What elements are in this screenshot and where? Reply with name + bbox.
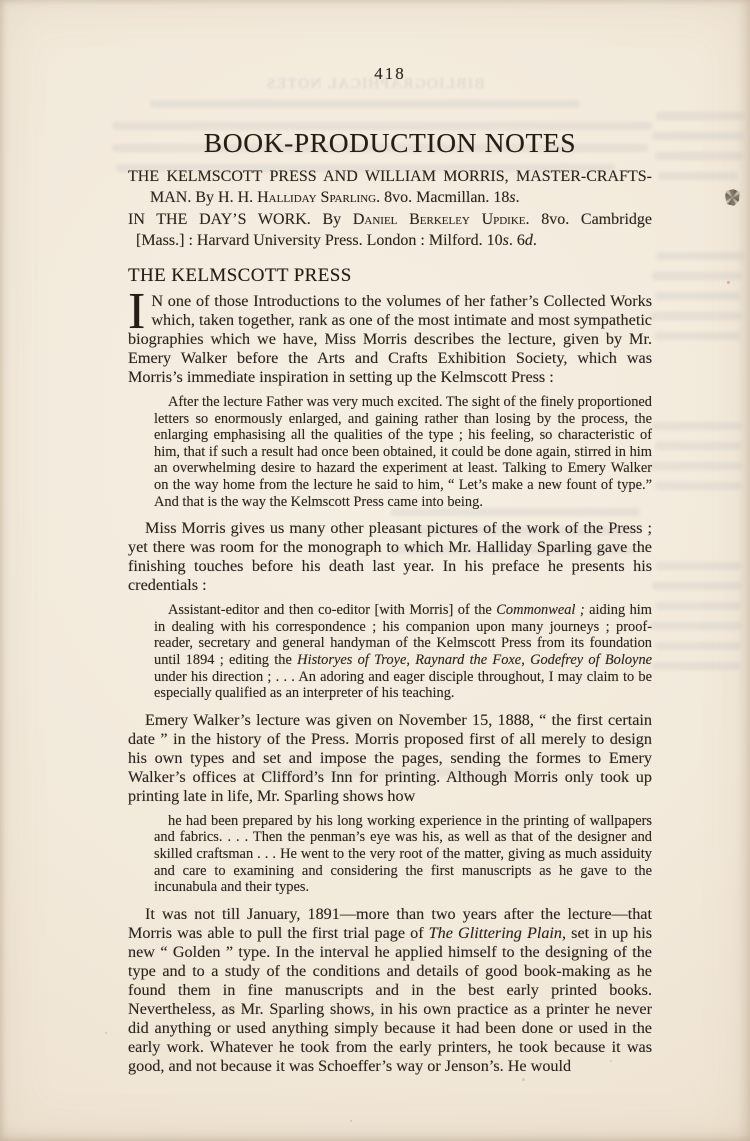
bibliography-entries: THE KELMSCOTT PRESS AND WILLIAM MORRIS, … (128, 167, 652, 251)
text-segment: , (406, 652, 415, 668)
text-segment: H. H. Halliday Sparling. (218, 189, 380, 206)
text-segment: Daniel Berkeley Updike. (353, 211, 530, 228)
text-segment: . 6 (509, 232, 525, 249)
text-segment: 8vo. Cambridge (530, 211, 652, 228)
paragraph: It was not till January, 1891—more than … (128, 905, 652, 1076)
bibliography-line: MAN. By H. H. Halliday Sparling. 8vo. Ma… (128, 188, 652, 209)
bibliography-line: THE KELMSCOTT PRESS AND WILLIAM MORRIS, … (128, 167, 652, 188)
show-through-line (658, 172, 738, 180)
text-column: 418 BOOK-PRODUCTION NOTES THE KELMSCOTT … (128, 0, 652, 1076)
show-through-line (652, 422, 742, 430)
text-segment: 8vo. Macmillan. 18 (380, 189, 509, 206)
foxing-speck (727, 281, 730, 284)
text-segment: , set in up his new “ Golden ” type. In … (128, 924, 652, 1075)
show-through-line (655, 152, 743, 160)
text-segment: Godefrey of Boloyne (530, 652, 652, 668)
text-segment: Commonweal ; (496, 602, 584, 618)
text-segment: he had been prepared by his long working… (154, 813, 652, 895)
show-through-line (655, 442, 741, 450)
block-quote: Assistant-editor and then co-editor [wit… (154, 602, 652, 702)
drop-cap: I (128, 292, 151, 330)
show-through-line (655, 332, 741, 340)
text-segment: Historyes of Troye (297, 652, 406, 668)
text-segment: , (521, 652, 530, 668)
text-segment: MAN. By (150, 189, 218, 206)
page-number: 418 (128, 64, 652, 84)
text-segment: THE KELMSCOTT PRESS AND WILLIAM MORRIS, … (128, 168, 652, 185)
foxing-speck (232, 1007, 235, 1010)
article-body: IN one of those Introductions to the vol… (128, 292, 652, 1076)
bibliography-entry: THE KELMSCOTT PRESS AND WILLIAM MORRIS, … (128, 167, 652, 208)
text-segment: Miss Morris gives us many other pleasant… (128, 519, 652, 594)
show-through-line (656, 252, 744, 260)
foxing-speck (610, 1060, 612, 1062)
show-through-line (655, 482, 741, 490)
show-through-line (650, 462, 742, 470)
text-segment: . (533, 232, 537, 249)
paragraph: IN one of those Introductions to the vol… (128, 292, 652, 387)
foxing-speck (350, 1120, 352, 1122)
bibliography-line: IN THE DAY’S WORK. By Daniel Berkeley Up… (128, 210, 652, 231)
bibliography-line: [Mass.] : Harvard University Press. Lond… (128, 231, 652, 252)
show-through-line (650, 622, 742, 630)
paragraph: Emery Walker’s lecture was given on Nove… (128, 711, 652, 806)
show-through-line (650, 312, 742, 320)
show-through-line (652, 582, 742, 590)
text-segment: Assistant-editor and then co-editor [wit… (168, 602, 496, 618)
show-through-line (655, 642, 741, 650)
text-segment: d (525, 232, 533, 249)
page-title: BOOK-PRODUCTION NOTES (128, 126, 652, 160)
text-segment: N one of those Introductions to the volu… (128, 292, 652, 386)
show-through-line (652, 132, 744, 140)
block-quote: After the lecture Father was very much e… (154, 394, 652, 510)
show-through-line (652, 662, 740, 670)
text-segment: After the lecture Father was very much e… (154, 394, 652, 510)
text-segment: under his direction ; . . . An adoring a… (154, 669, 652, 702)
show-through-line (652, 272, 742, 280)
show-through-line (655, 292, 741, 300)
show-through-line (656, 112, 744, 120)
bibliography-entry: IN THE DAY’S WORK. By Daniel Berkeley Up… (128, 210, 652, 251)
text-segment: The Glittering Plain (429, 924, 562, 942)
book-page-scan: BIBLIOGRAPHICAL NOTES 418 BOOK-PRODUCTIO… (0, 0, 750, 1141)
foxing-speck (522, 1078, 525, 1081)
foxing-speck (105, 1032, 107, 1034)
text-segment: [Mass.] : Harvard University Press. Lond… (136, 232, 503, 249)
show-through-line (655, 602, 741, 610)
block-quote: he had been prepared by his long working… (154, 813, 652, 896)
text-segment: IN THE DAY’S WORK. By (128, 211, 353, 228)
show-through-line (656, 562, 741, 570)
ink-smudge-artifact (725, 189, 740, 206)
paragraph: Miss Morris gives us many other pleasant… (128, 519, 652, 595)
text-segment: . (516, 189, 520, 206)
section-heading: THE KELMSCOTT PRESS (128, 265, 652, 287)
text-segment: Raynard the Foxe (415, 652, 521, 668)
text-segment: Emery Walker’s lecture was given on Nove… (128, 711, 652, 805)
